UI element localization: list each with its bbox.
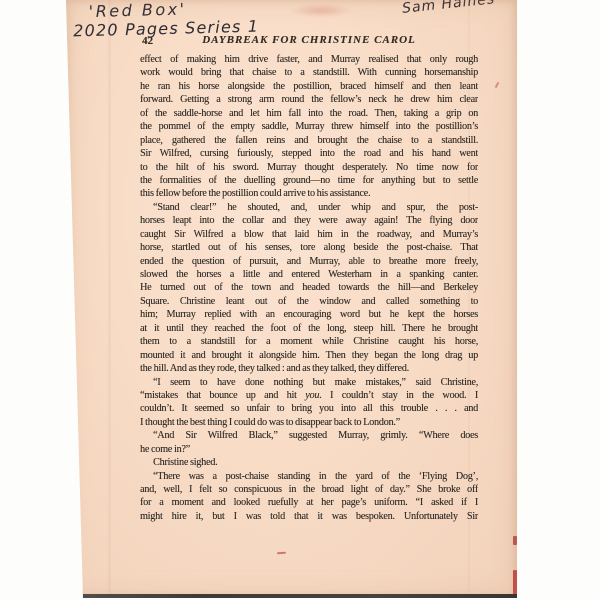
text-line: for a moment and looked ruefully at her … <box>140 496 478 509</box>
text-line: “I seem to have done nothing but make mi… <box>140 376 478 389</box>
text-line: he ran his horse alongside the postillio… <box>140 80 478 93</box>
text-line: “And Sir Wilfred Black,” suggested Murra… <box>140 429 478 442</box>
red-page-edge-mark <box>513 536 517 545</box>
text-line: Christine sighed. <box>140 456 478 469</box>
text-line: couldn’t. It seemed so unfair to bring y… <box>140 402 478 415</box>
text-line: to the hilt of his sword. Murray thought… <box>140 161 478 174</box>
text-line: Square. Christine leant out of the windo… <box>140 295 478 308</box>
scan-background: 'Red Box' 2020 Pages Series 1 Sam Haines… <box>0 0 600 600</box>
text-line: him; Murray replied with an encouraging … <box>140 308 478 321</box>
handwritten-name-top-right: Sam Haines <box>401 0 496 17</box>
scanned-book-page: 'Red Box' 2020 Pages Series 1 Sam Haines… <box>66 0 517 598</box>
paper-crease <box>108 0 111 598</box>
text-line: slowed the horses a little and entered W… <box>140 268 478 281</box>
text-line: horses leapt into the collar and they we… <box>140 214 478 227</box>
text-line: Sir Wilfred, cursing furiously, stepped … <box>140 147 478 160</box>
text-line: horse, startled out of his senses, tore … <box>140 241 478 254</box>
text-line: he come in?” <box>140 443 478 456</box>
text-line: at it until they reached the foot of the… <box>140 322 478 335</box>
text-line: the hill. And as they rode, they talked … <box>140 362 478 375</box>
text-line: I thought the best thing I could do was … <box>140 416 478 429</box>
text-line: and, well, I felt so conspicuous in the … <box>140 483 478 496</box>
text-line: this fellow before the postillion could … <box>140 187 478 200</box>
text-line: ended the question of pursuit, and Murra… <box>140 255 478 268</box>
text-line: place, gathered the fallen reins and bro… <box>140 134 478 147</box>
text-line: mounted it and brought it alongside him.… <box>140 349 478 362</box>
text-line: caught Sir Wilfred a blow that laid him … <box>140 228 478 241</box>
text-line: “There was a post-chaise standing in the… <box>140 470 478 483</box>
text-line: of the saddle-horse and let him fall int… <box>140 107 478 120</box>
text-line: forward. Getting a strong arm round the … <box>140 93 478 106</box>
text-line: effect of making him drive faster, and M… <box>140 53 478 66</box>
text-line: “Stand clear!” he shouted, and, under wh… <box>140 201 478 214</box>
red-dash-mark <box>277 552 286 555</box>
body-text: effect of making him drive faster, and M… <box>140 53 478 523</box>
text-line: He turned out of the town and headed tow… <box>140 281 478 294</box>
text-line: might hire it, but I was told that it wa… <box>140 510 478 523</box>
red-ink-smudge <box>290 4 352 17</box>
red-page-edge-mark <box>513 570 517 596</box>
text-line: the formalities of the duelling ground—n… <box>140 174 478 187</box>
text-line: them to a standstill for a moment while … <box>140 335 478 348</box>
red-tick-mark <box>495 82 500 88</box>
page-number: 42 <box>142 35 153 47</box>
text-line: “mistakes that bounce up and hit you. I … <box>140 389 478 402</box>
text-line: the pommel of the empty saddle, Murray t… <box>140 120 478 133</box>
scan-bottom-band <box>66 594 517 598</box>
running-title: DAYBREAK FOR CHRISTINE CAROL <box>202 34 416 46</box>
running-head: 42 DAYBREAK FOR CHRISTINE CAROL <box>140 34 478 49</box>
text-line: work would bring that chaise to a stands… <box>140 66 478 79</box>
